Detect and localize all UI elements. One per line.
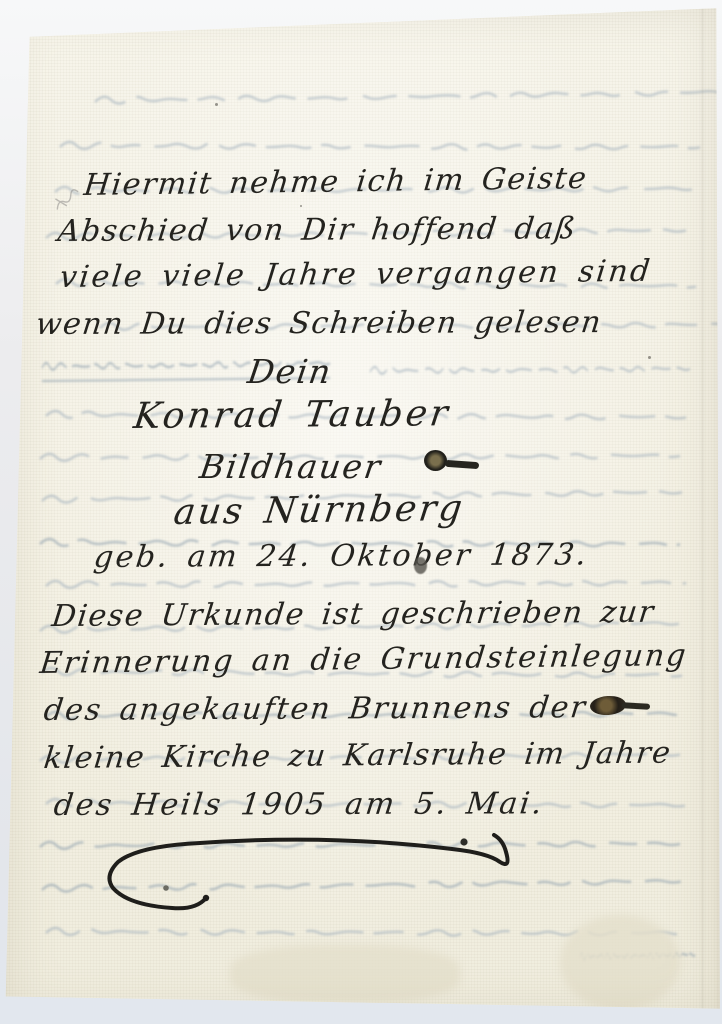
signature-birthdate: geb. am 24. Oktober 1873. — [92, 537, 591, 575]
ink-blot-tail — [622, 702, 650, 709]
paper-fold — [700, 0, 705, 1024]
ink-smudge — [414, 557, 427, 574]
signature-origin: aus Nürnberg — [171, 488, 466, 533]
dedication-line-2: Erinnerung an die Grundsteinlegung — [38, 638, 689, 681]
opening-line-4: wenn Du dies Schreiben gelesen — [34, 305, 604, 342]
paper-sheet: Hiermit nehme ich im Geiste Abschied von… — [0, 0, 722, 1024]
dedication-line-1: Diese Urkunde ist geschrieben zur — [50, 595, 657, 634]
opening-line-3: viele viele Jahre vergangen sind — [58, 254, 654, 295]
dedication-line-5: des Heils 1905 am 5. Mai. — [52, 786, 546, 823]
paper-speck — [300, 205, 302, 207]
opening-line-2: Abschied von Dir hoffend daß — [56, 211, 579, 249]
dedication-line-4: kleine Kirche zu Karlsruhe im Jahre — [42, 736, 673, 777]
signature-salutation: Dein — [245, 352, 334, 391]
ink-blot — [424, 450, 447, 471]
watermark — [230, 945, 460, 1003]
watermark — [560, 915, 680, 1010]
signature-title: Bildhauer — [197, 447, 384, 486]
dedication-line-3: des angekauften Brunnens der — [42, 690, 589, 728]
signature-name: Konrad Tauber — [131, 393, 453, 437]
paper-speck — [648, 356, 651, 359]
ink-blot-tail — [445, 460, 479, 469]
paper-speck — [215, 103, 218, 106]
scan-background: Hiermit nehme ich im Geiste Abschied von… — [0, 0, 722, 1024]
opening-line-1: Hiermit nehme ich im Geiste — [82, 161, 589, 203]
